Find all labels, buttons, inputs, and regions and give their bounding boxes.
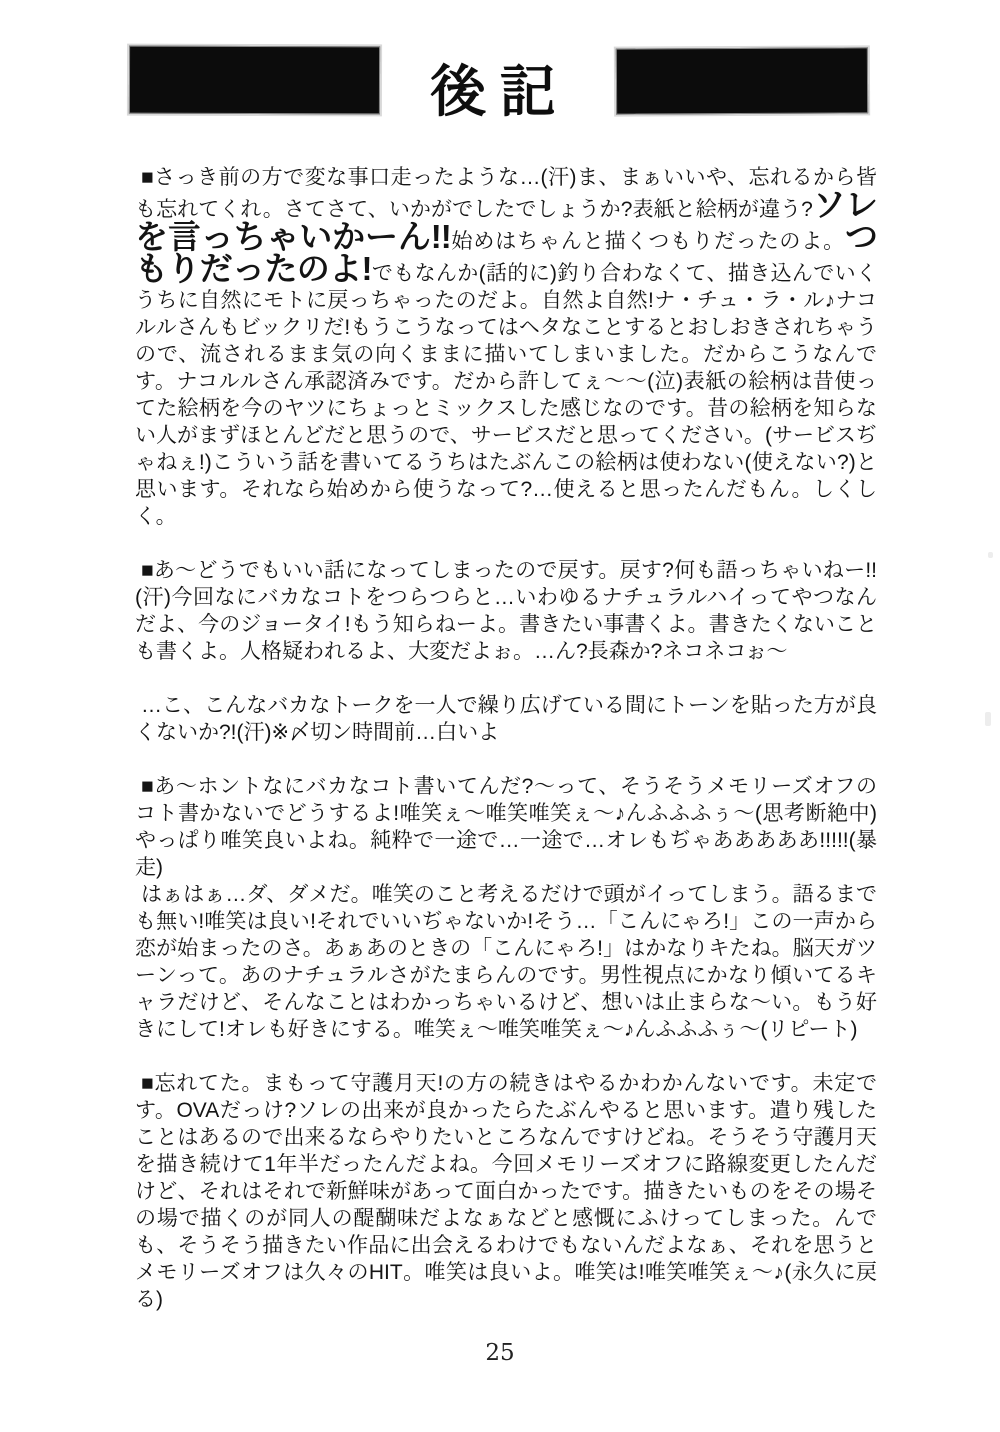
scan-artifact — [985, 712, 991, 726]
page-number: 25 — [0, 1340, 1000, 1366]
text-segment: ■あ〜どうでもいい話になってしまったので戻す。戻す?何も語っちゃいねー!!(汗)… — [135, 559, 877, 663]
paragraph: はぁはぁ…ダ、ダメだ。唯笑のこと考えるだけで頭がイってしまう。語るまでも無い!唯… — [135, 881, 877, 1043]
paragraph: ■あ〜ホントなにバカなコト書いてんだ?〜って、そうそうメモリーズオフのコト書かな… — [135, 773, 877, 881]
paragraph: ■さっき前の方で変な事口走ったような…(汗)ま、まぁいいや、忘れるから皆も忘れて… — [135, 164, 877, 530]
afterword-body: ■さっき前の方で変な事口走ったような…(汗)ま、まぁいいや、忘れるから皆も忘れて… — [135, 164, 877, 1313]
scan-artifact — [988, 552, 993, 558]
text-segment: ■さっき前の方で変な事口走ったような…(汗)ま、まぁいいや、忘れるから皆も忘れて… — [135, 166, 877, 221]
text-segment: でもなんか(話的に)釣り合わなくて、描き込んでいくうちに自然にモトに戻っちゃった… — [135, 262, 877, 528]
text-segment: ■あ〜ホントなにバカなコト書いてんだ?〜って、そうそうメモリーズオフのコト書かな… — [135, 775, 877, 879]
paragraph: …こ、こんなバカなトークを一人で繰り広げている間にトーンを貼った方が良くないか?… — [135, 692, 877, 746]
afterword-page: 後記 ■さっき前の方で変な事口走ったような…(汗)ま、まぁいいや、忘れるから皆も… — [0, 0, 1000, 1432]
text-segment: 始めはちゃんと描くつもりだったのよ。 — [451, 230, 845, 253]
text-segment: …こ、こんなバカなトークを一人で繰り広げている間にトーンを貼った方が良くないか?… — [135, 694, 877, 744]
paragraph: ■忘れてた。まもって守護月天!の方の続きはやるかわかんないです。未定です。OVA… — [135, 1070, 877, 1313]
paragraph: ■あ〜どうでもいい話になってしまったので戻す。戻す?何も語っちゃいねー!!(汗)… — [135, 557, 877, 665]
redaction-bar-right — [616, 47, 868, 114]
text-segment: ■忘れてた。まもって守護月天!の方の続きはやるかわかんないです。未定です。OVA… — [135, 1072, 877, 1311]
text-segment: はぁはぁ…ダ、ダメだ。唯笑のこと考えるだけで頭がイってしまう。語るまでも無い!唯… — [135, 883, 877, 1041]
